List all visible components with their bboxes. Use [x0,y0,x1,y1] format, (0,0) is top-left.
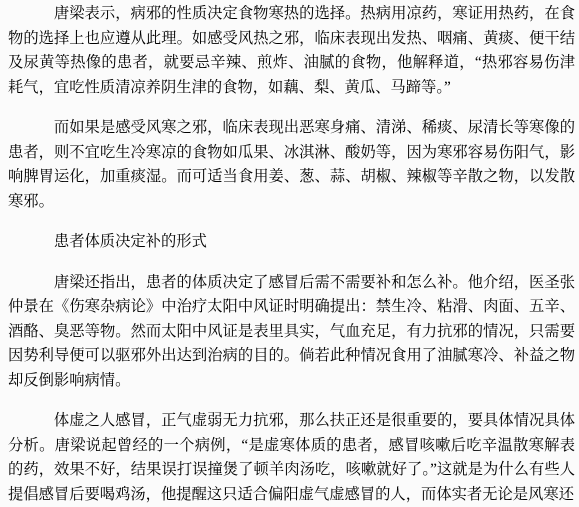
section-heading: 患者体质决定补的形式 [8,230,575,255]
paragraph-wind-cold: 而如果是感受风寒之邪，临床表现出恶寒身痛、清涕、稀痰、尿清长等寒像的患者，则不宜… [8,116,575,214]
article-body: 唐梁表示，病邪的性质决定食物寒热的选择。热病用凉药，寒证用热药，在食物的选择上也… [0,0,579,507]
paragraph-constitution: 唐梁还指出，患者的体质决定了感冒后需不需要补和怎么补。他介绍，医圣张仲景在《伤寒… [8,271,575,394]
paragraph-wind-heat: 唐梁表示，病邪的性质决定食物寒热的选择。热病用凉药，寒证用热药，在食物的选择上也… [8,2,575,100]
paragraph-deficiency-case: 体虚之人感冒，正气虚弱无力抗邪，那么扶正还是很重要的，要具体情况具体分析。唐梁说… [8,409,575,507]
